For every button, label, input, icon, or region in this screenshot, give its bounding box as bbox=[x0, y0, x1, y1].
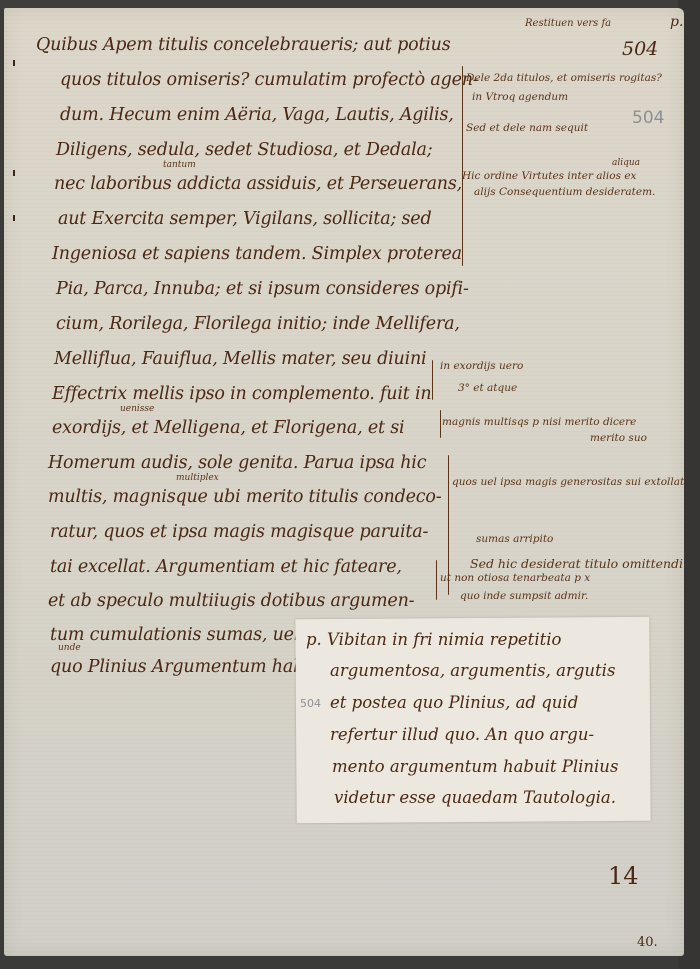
interlinear-note: multiplex bbox=[176, 473, 219, 483]
text-line: Diligens, sedula, sedet Studiosa, et Ded… bbox=[56, 140, 432, 160]
text-line: cium, Rorilega, Florilega initio; inde M… bbox=[56, 314, 460, 334]
slip-line: p. Vibitan in fri nimia repetitio bbox=[306, 630, 561, 649]
slip-line: videtur esse quaedam Tautologia. bbox=[334, 788, 616, 807]
interlinear-note: uenisse bbox=[120, 404, 154, 414]
margin-note: in Vtroq agendum bbox=[472, 91, 568, 103]
page-number-ink: 504 bbox=[622, 38, 658, 60]
bottom-mark: 40. bbox=[637, 935, 658, 950]
margin-note: alijs Consequentium desideratem. bbox=[474, 186, 655, 198]
margin-note: 3° et atque bbox=[458, 382, 517, 394]
margin-note: in exordijs uero bbox=[440, 360, 523, 372]
margin-note: quos uel ipsa magis generositas sui exto… bbox=[452, 476, 684, 488]
binding-mark bbox=[13, 215, 15, 221]
text-line: Homerum audis, sole genita. Parua ipsa h… bbox=[48, 453, 426, 473]
text-line: Effectrix mellis ipso in complemento. fu… bbox=[52, 384, 431, 404]
text-line: quos titulos omiseris? cumulatim profect… bbox=[60, 70, 479, 90]
margin-note: Dele 2da titulos, et omiseris rogitas? bbox=[466, 72, 662, 84]
margin-note: merito suo bbox=[590, 432, 647, 444]
text-line: tai excellat. Argumentiam et hic fateare… bbox=[50, 557, 402, 577]
margin-brace bbox=[440, 410, 441, 438]
text-line: Melliflua, Fauiflua, Mellis mater, seu d… bbox=[54, 349, 426, 369]
margin-brace bbox=[462, 66, 463, 266]
margin-note: Sed hic desiderat titulo omittendi bbox=[470, 556, 683, 571]
interlinear-note: unde bbox=[58, 643, 81, 653]
text-line: ratur, quos et ipsa magis magisque parui… bbox=[50, 522, 428, 542]
text-line: nec laboribus addicta assiduis, et Perse… bbox=[54, 174, 462, 194]
margin-note: magnis multisqs p nisi merito dicere bbox=[442, 416, 636, 428]
text-line: multis, magnisque ubi merito titulis con… bbox=[48, 487, 441, 507]
interlinear-note: tantum bbox=[163, 160, 196, 170]
margin-note: quo inde sumpsit admir. bbox=[460, 590, 588, 602]
binding-mark bbox=[13, 60, 15, 66]
slip-pencil-number: 504 bbox=[300, 697, 321, 710]
text-line: et ab speculo multiiugis dotibus argumen… bbox=[48, 591, 414, 611]
text-line: Quibus Apem titulis concelebraueris; aut… bbox=[36, 35, 451, 55]
page-number-pencil: 504 bbox=[632, 108, 664, 128]
text-line: Pia, Parca, Innuba; et si ipsum consider… bbox=[56, 279, 469, 299]
text-line: Ingeniosa et sapiens tandem. Simplex pro… bbox=[52, 244, 462, 264]
margin-brace bbox=[436, 560, 437, 600]
margin-note: ut non otiosa tenarbeata p x bbox=[440, 572, 590, 584]
slip-line: argumentosa, argumentis, argutis bbox=[330, 661, 615, 680]
text-line: aut Exercita semper, Vigilans, sollicita… bbox=[58, 209, 431, 229]
text-line: dum. Hecum enim Aëria, Vaga, Lautis, Agi… bbox=[60, 105, 454, 125]
slip-line: mento argumentum habuit Plinius bbox=[332, 757, 618, 776]
text-line: exordijs, et Melligena, et Florigena, et… bbox=[52, 418, 404, 438]
slip-line: et postea quo Plinius, ad quid bbox=[330, 693, 578, 712]
margin-brace bbox=[432, 360, 433, 400]
margin-note: Hic ordine Virtutes inter alios ex bbox=[462, 170, 636, 182]
margin-note: Sed et dele nam sequit bbox=[466, 122, 588, 134]
header-top-note: Restituen vers fa bbox=[525, 18, 611, 29]
page-mark: p. bbox=[670, 14, 683, 30]
binding-mark bbox=[13, 170, 15, 176]
slip-line: refertur illud quo. An quo argu- bbox=[330, 725, 594, 744]
margin-note: sumas arripito bbox=[476, 533, 553, 545]
margin-superscript: aliqua bbox=[612, 158, 640, 168]
folio-number: 14 bbox=[608, 862, 639, 890]
